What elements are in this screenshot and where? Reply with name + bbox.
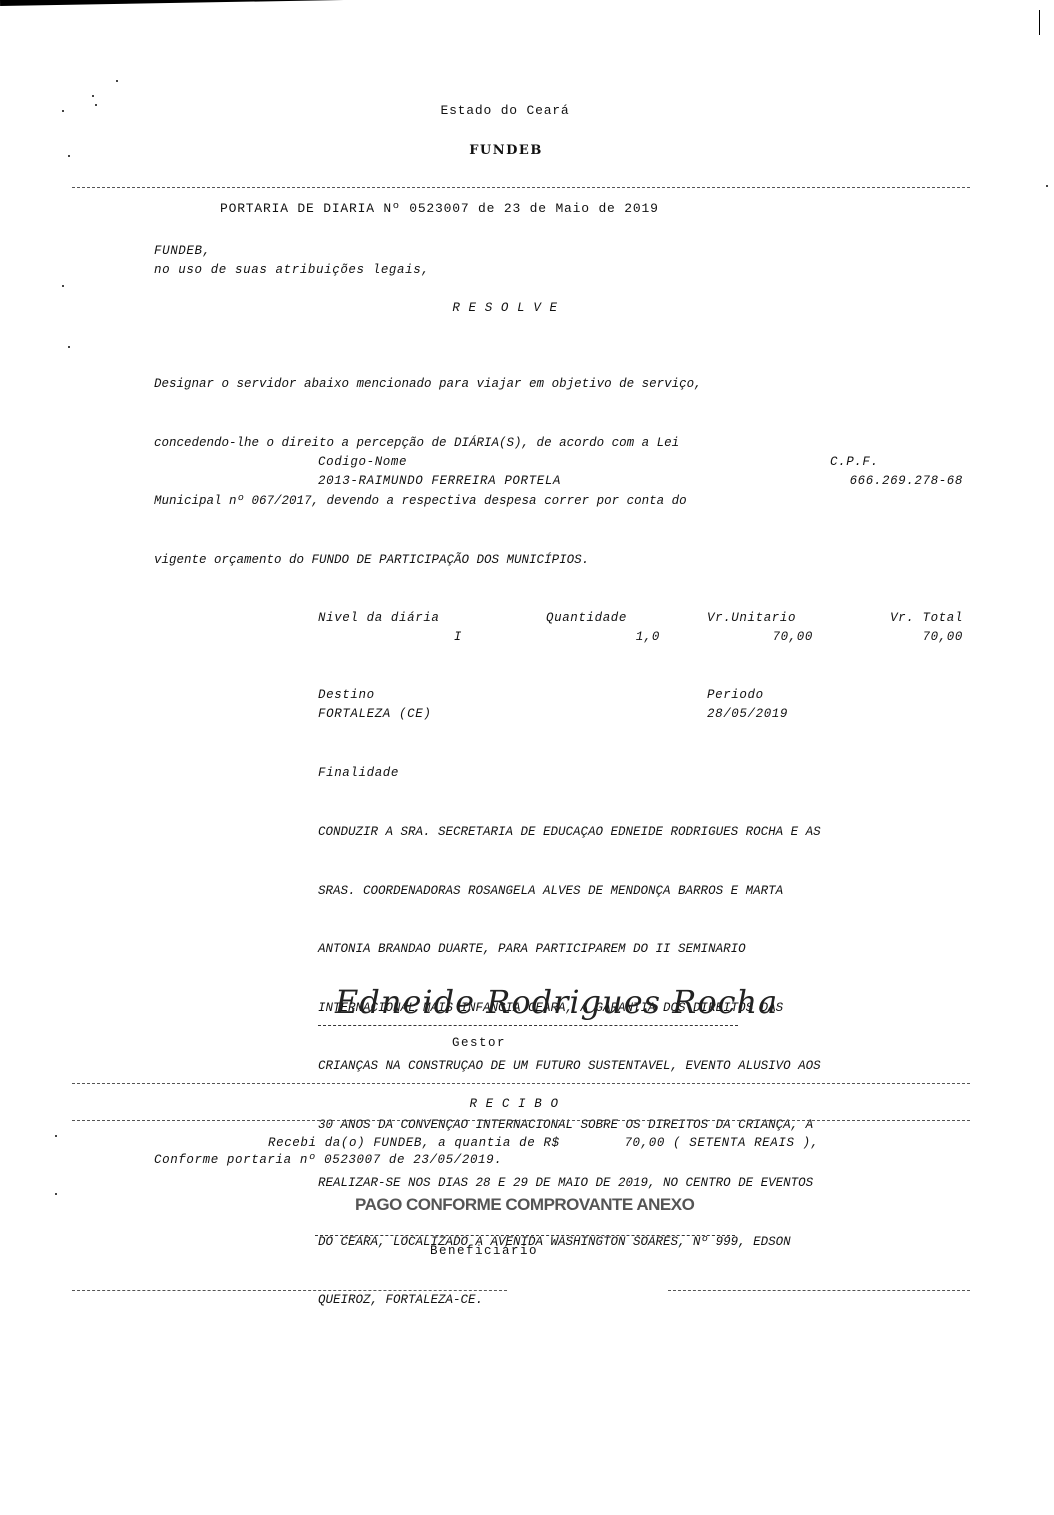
- resolution-line: Municipal nº 067/2017, devendo a respect…: [154, 492, 702, 512]
- unitario-value: 70,00: [707, 630, 813, 644]
- resolution-line: concedendo-lhe o direito a percepção de …: [154, 434, 702, 454]
- finalidade-line: SRAS. COORDENADORAS ROSANGELA ALVES DE M…: [318, 882, 821, 902]
- finalidade-line: CONDUZIR A SRA. SECRETARIA DE EDUCAÇAO E…: [318, 823, 821, 843]
- scan-speck: [1046, 185, 1048, 187]
- nivel-value: I: [318, 630, 462, 644]
- destino-label: Destino: [318, 688, 375, 702]
- unitario-label: Vr.Unitario: [707, 611, 796, 625]
- finalidade-line: REALIZAR-SE NOS DIAS 28 E 29 DE MAIO DE …: [318, 1174, 821, 1194]
- nivel-label: Nivel da diária: [318, 611, 440, 625]
- finalidade-line: ANTONIA BRANDAO DUARTE, PARA PARTICIPARE…: [318, 940, 821, 960]
- total-label: Vr. Total: [850, 611, 963, 625]
- recibo-top-divider: [72, 1083, 970, 1084]
- recibo-line-1: Recebi da(o) FUNDEB, a quantia de R$ 70,…: [268, 1136, 819, 1150]
- scan-speck: [116, 80, 118, 82]
- org-title: FUNDEB: [0, 143, 1012, 158]
- cpf-value: 666.269.278-68: [800, 474, 963, 488]
- gestor-signature: Edneide Rodrigues Rocha: [335, 983, 778, 1021]
- gestor-signature-line: [318, 1025, 738, 1026]
- recibo-line-2: Conforme portaria nº 0523007 de 23/05/20…: [154, 1153, 502, 1167]
- scan-artifact-right-edge: [1039, 10, 1040, 35]
- beneficiario-label: Beneficiário: [430, 1244, 538, 1258]
- codigo-nome-label: Codigo-Nome: [318, 455, 407, 469]
- resolution-paragraph: Designar o servidor abaixo mencionado pa…: [154, 336, 702, 590]
- periodo-label: Periodo: [707, 688, 764, 702]
- cut-line-right: [668, 1290, 970, 1291]
- gestor-label: Gestor: [452, 1036, 506, 1050]
- quantidade-label: Quantidade: [546, 611, 627, 625]
- scan-speck: [68, 346, 70, 348]
- quantidade-value: 1,0: [546, 630, 660, 644]
- periodo-value: 28/05/2019: [707, 707, 788, 721]
- finalidade-line: QUEIROZ, FORTALEZA-CE.: [318, 1291, 821, 1311]
- portaria-title: PORTARIA DE DIARIA Nº 0523007 de 23 de M…: [220, 201, 659, 216]
- scan-artifact-top-edge: [0, 0, 700, 6]
- state-title: Estado do Ceará: [0, 103, 1010, 118]
- scan-speck: [62, 285, 64, 287]
- finalidade-text: CONDUZIR A SRA. SECRETARIA DE EDUCAÇAO E…: [318, 784, 821, 1330]
- scan-speck: [55, 1193, 57, 1195]
- resolve-heading: R E S O L V E: [0, 301, 1010, 315]
- total-value: 70,00: [850, 630, 963, 644]
- intro-line-2: no uso de suas atribuições legais,: [154, 263, 429, 277]
- cut-line-left: [72, 1290, 507, 1291]
- payment-stamp: PAGO CONFORME COMPROVANTE ANEXO: [355, 1195, 694, 1215]
- scan-speck: [55, 1135, 57, 1137]
- recibo-bottom-divider: [72, 1120, 970, 1121]
- beneficiario-signature-line: [315, 1235, 735, 1236]
- destino-value: FORTALEZA (CE): [318, 707, 431, 721]
- cpf-label: C.P.F.: [830, 455, 879, 469]
- codigo-nome-value: 2013-RAIMUNDO FERREIRA PORTELA: [318, 474, 561, 488]
- intro-line-1: FUNDEB,: [154, 244, 211, 258]
- scan-speck: [92, 95, 94, 97]
- finalidade-line: 30 ANOS DA CONVENÇAO INTERNACIONAL SOBRE…: [318, 1116, 821, 1136]
- recibo-title: R E C I B O: [0, 1097, 1028, 1111]
- resolution-line: Designar o servidor abaixo mencionado pa…: [154, 375, 702, 395]
- finalidade-line: CRIANÇAS NA CONSTRUÇAO DE UM FUTURO SUST…: [318, 1057, 821, 1077]
- resolution-line: vigente orçamento do FUNDO DE PARTICIPAÇ…: [154, 551, 702, 571]
- finalidade-label: Finalidade: [318, 766, 399, 780]
- header-divider: [72, 187, 970, 188]
